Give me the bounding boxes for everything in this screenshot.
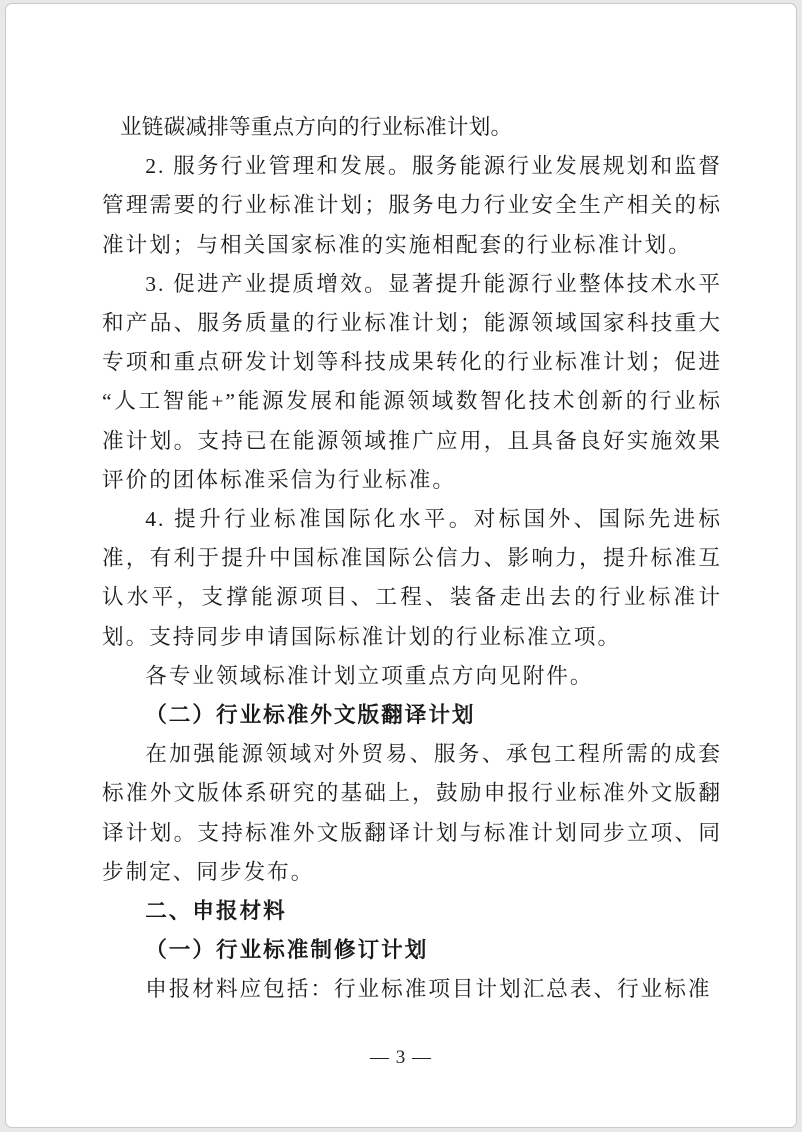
paragraph-translation-plan-detail: 在加强能源领域对外贸易、服务、承包工程所需的成套标准外文版体系研究的基础上，鼓励…: [102, 735, 722, 892]
heading-foreign-language-translation-plan: （二）行业标准外文版翻译计划: [102, 696, 722, 735]
document-viewer: 业链碳减排等重点方向的行业标准计划。 2. 服务行业管理和发展。服务能源行业发展…: [0, 0, 802, 1132]
paragraph-continuation: 业链碳减排等重点方向的行业标准计划。: [102, 108, 722, 147]
heading-subsection-1-revision-plan: （一）行业标准制修订计划: [102, 931, 722, 970]
document-page-sheet: 业链碳减排等重点方向的行业标准计划。 2. 服务行业管理和发展。服务能源行业发展…: [5, 3, 797, 1128]
page-number: — 3 —: [6, 1047, 796, 1069]
paragraph-item-4-internationalization: 4. 提升行业标准国际化水平。对标国外、国际先进标准，有利于提升中国标准国际公信…: [102, 500, 722, 657]
paragraph-materials-requirements: 申报材料应包括：行业标准项目计划汇总表、行业标准: [102, 970, 722, 1009]
paragraph-appendix-note: 各专业领域标准计划立项重点方向见附件。: [102, 657, 722, 696]
document-body: 业链碳减排等重点方向的行业标准计划。 2. 服务行业管理和发展。服务能源行业发展…: [102, 108, 722, 1010]
paragraph-item-2-industry-management: 2. 服务行业管理和发展。服务能源行业发展规划和监督管理需要的行业标准计划；服务…: [102, 147, 722, 265]
heading-section-2-application-materials: 二、申报材料: [102, 892, 722, 931]
paragraph-item-3-quality-efficiency: 3. 促进产业提质增效。显著提升能源行业整体技术水平和产品、服务质量的行业标准计…: [102, 265, 722, 500]
